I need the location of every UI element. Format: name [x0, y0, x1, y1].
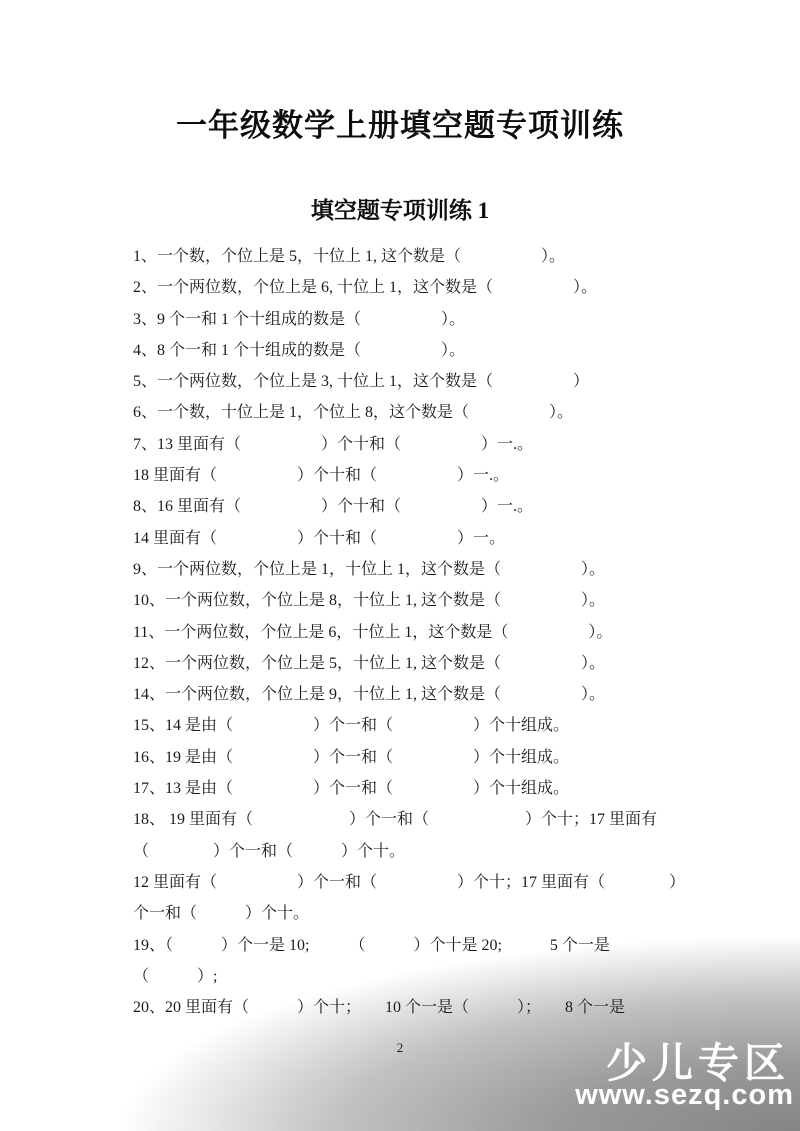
question-line-18c: 12 里面有（ ）个一和（ ）个十；17 里面有（ ）: [133, 867, 773, 898]
question-line-6: 6、一个数，十位上是 1，个位上 8，这个数是（ ）。: [133, 397, 773, 428]
question-line-18d: 个一和（ ）个十。: [133, 898, 773, 929]
question-line-19: 19、（ ）个一是 10; （ ）个十是 20; 5 个一是: [133, 930, 773, 961]
question-line-8b: 14 里面有（ ）个十和（ ）一。: [133, 523, 773, 554]
question-line-19b: （ ）;: [133, 961, 773, 992]
question-line-7b: 18 里面有（ ）个十和（ ）一.。: [133, 460, 773, 491]
question-line-14: 14、一个两位数，个位上是 9，十位上 1, 这个数是（ ）。: [133, 679, 773, 710]
question-line-4: 4、8 个一和 1 个十组成的数是（ ）。: [133, 335, 773, 366]
question-line-1: 1、一个数，个位上是 5，十位上 1, 这个数是（ ）。: [133, 241, 773, 272]
question-line-10: 10、一个两位数，个位上是 8，十位上 1, 这个数是（ ）。: [133, 585, 773, 616]
question-line-17: 17、13 是由（ ）个一和（ ）个十组成。: [133, 773, 773, 804]
question-line-7: 7、13 里面有（ ）个十和（ ）一.。: [133, 429, 773, 460]
worksheet-page: 一年级数学上册填空题专项训练 填空题专项训练 1 1、一个数，个位上是 5，十位…: [0, 0, 800, 1131]
question-line-16: 16、19 是由（ ）个一和（ ）个十组成。: [133, 742, 773, 773]
question-line-18b: （ ）个一和（ ）个十。: [133, 836, 773, 867]
question-line-5: 5、一个两位数，个位上是 3, 十位上 1，这个数是（ ）: [133, 366, 773, 397]
question-line-20: 20、20 里面有（ ）个十； 10 个一是（ ）； 8 个一是: [133, 992, 773, 1023]
question-line-2: 2、一个两位数，个位上是 6, 十位上 1，这个数是（ ）。: [133, 272, 773, 303]
question-line-15: 15、14 是由（ ）个一和（ ）个十组成。: [133, 710, 773, 741]
section-title: 填空题专项训练 1: [0, 192, 800, 225]
question-line-12: 12、一个两位数，个位上是 5，十位上 1, 这个数是（ ）。: [133, 648, 773, 679]
watermark-site-url: www.sezq.com: [575, 1079, 794, 1112]
question-list: 1、一个数，个位上是 5，十位上 1, 这个数是（ ）。 2、一个两位数，个位上…: [133, 241, 773, 1023]
question-line-8: 8、16 里面有（ ）个十和（ ）一.。: [133, 491, 773, 522]
question-line-9: 9、一个两位数，个位上是 1，十位上 1，这个数是（ ）。: [133, 554, 773, 585]
question-line-11: 11、一个两位数，个位上是 6，十位上 1，这个数是（ ）。: [133, 617, 773, 648]
question-line-18: 18、 19 里面有（ ）个一和（ ）个十；17 里面有: [133, 804, 773, 835]
page-title: 一年级数学上册填空题专项训练: [0, 100, 800, 145]
question-line-3: 3、9 个一和 1 个十组成的数是（ ）。: [133, 304, 773, 335]
